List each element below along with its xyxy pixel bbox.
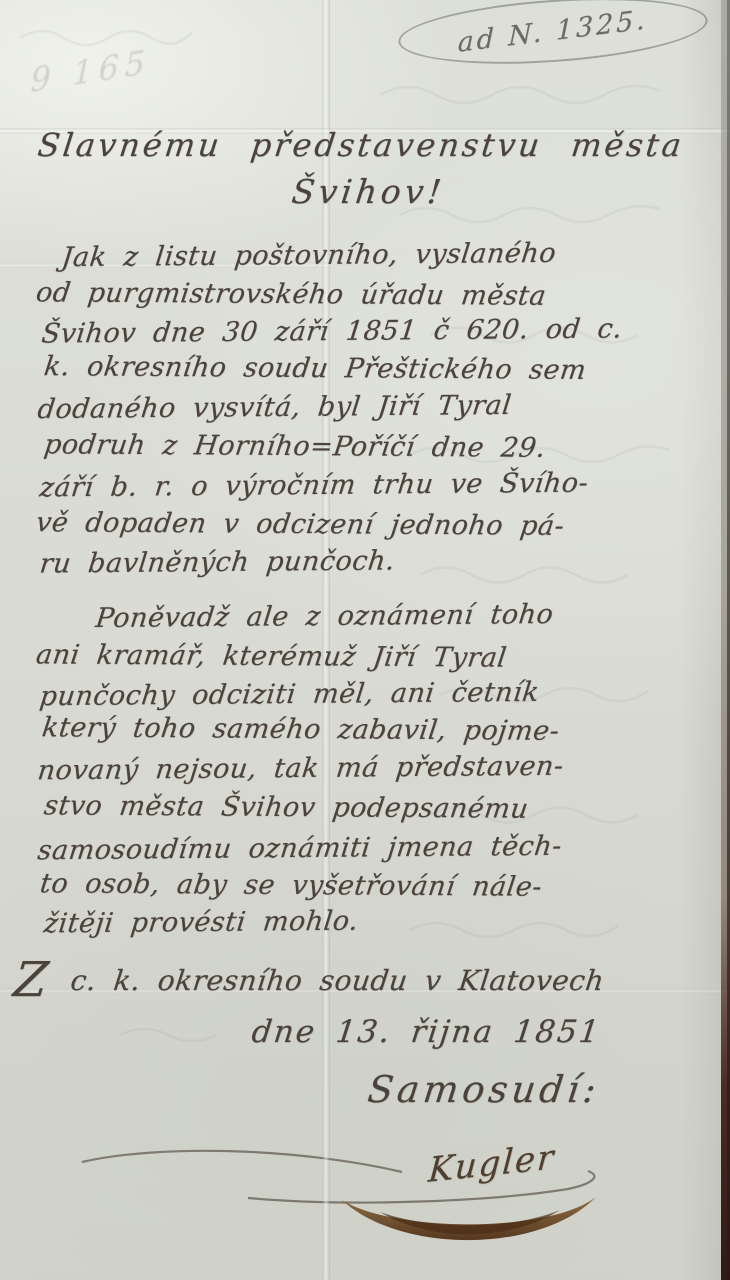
- letter-line: od purgmistrovského úřadu města: [34, 277, 548, 312]
- letter-line: žitěji provésti mohlo.: [42, 906, 360, 940]
- closing-role-line: Samosudí:: [365, 1068, 602, 1111]
- closing-date-line: dne 13. řijna 1851: [250, 1014, 603, 1050]
- registry-oval: ad N. 1325.: [396, 0, 710, 73]
- ink-blot: [342, 1197, 596, 1240]
- letter-line: Švihov dne 30 září 1851 č 620. od c.: [40, 313, 624, 349]
- letter-line: punčochy odciziti měl, ani četník: [38, 677, 541, 712]
- letter-line: září b. r. o výročním trhu ve Švího-: [38, 468, 590, 504]
- letter-line: novaný nejsou, tak má představen-: [36, 751, 565, 787]
- letter-line: Poněvadž ale z oznámení toho: [94, 599, 555, 634]
- letter-line: k. okresního soudu Přeštického sem: [42, 351, 588, 386]
- letter-line: to osob, aby se vyšetřování nále-: [38, 868, 544, 903]
- letter-page: ad N. 1325. 9 165 Slavnému představenstv…: [0, 0, 730, 1280]
- letter-line: stvo města Švihov podepsanému: [42, 790, 530, 824]
- heading-line-2: Švihov!: [290, 172, 448, 211]
- letter-line: podruh z Horního=Poříčí dne 29.: [42, 429, 547, 464]
- closing-z-initial: Z: [11, 952, 57, 1008]
- letter-line: vě dopaden v odcizení jednoho pá-: [34, 507, 566, 542]
- closing-from-text: c. k. okresního soudu v Klatovech: [69, 964, 606, 997]
- letter-line: ani kramář, kterémuž Jiří Tyral: [34, 639, 508, 673]
- letter-line: Jak z listu poštovního, vyslaného: [60, 238, 558, 273]
- letter-line: samosoudímu oznámiti jmena těch-: [36, 831, 564, 867]
- pencil-mark: 9 165: [30, 42, 151, 100]
- closing-from-line: Z c. k. okresního soudu v Klatovech: [12, 964, 606, 997]
- letter-line: dodaného vysvítá, byl Jiří Tyral: [36, 390, 513, 425]
- letter-line: který toho samého zabavil, pojme-: [40, 712, 561, 747]
- letter-line: ru bavlněných punčoch.: [38, 545, 397, 579]
- registry-number-text: ad N. 1325.: [458, 4, 648, 59]
- heading-line-1: Slavnému představenstvu města: [36, 126, 687, 164]
- signature: Kugler: [427, 1137, 557, 1191]
- page-edge: [721, 0, 730, 1280]
